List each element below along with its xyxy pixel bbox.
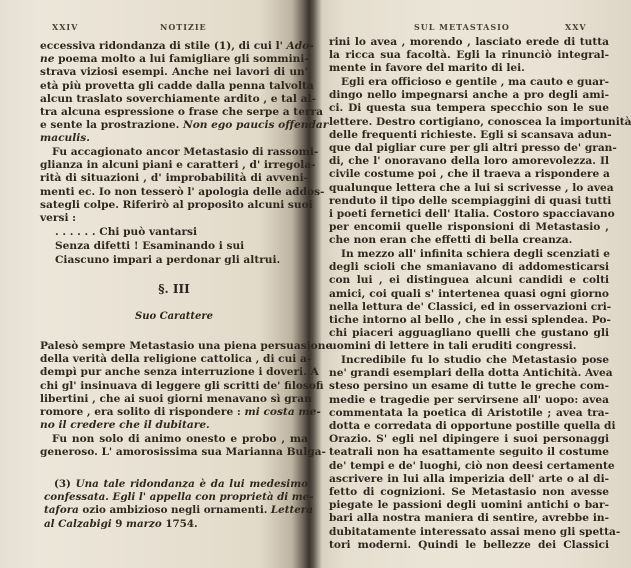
text-line: Fu non solo di animo onesto e probo , ma — [40, 433, 308, 446]
text-line: nella lettura de' Classici, ed in osserv… — [329, 301, 609, 314]
text-line: medie e tragedie per servirsene all' uop… — [329, 394, 609, 407]
text-line: versi : — [40, 212, 308, 225]
page-number: XXIV — [52, 22, 78, 36]
section-number: §. III — [0, 282, 308, 296]
text-line: fetto di cognizioni. Se Metastasio non a… — [329, 486, 609, 499]
text-line: con lui , ei distinguea alcuni candidi e… — [329, 274, 609, 287]
paragraph: Fu non solo di animo onesto e probo , ma… — [40, 433, 308, 459]
text-line: Palesò sempre Metastasio una piena persu… — [40, 340, 308, 353]
text-line: delle frequenti richieste. Egli si scans… — [329, 129, 609, 142]
text-line: per encomii quelle risponsioni di Metast… — [329, 221, 609, 234]
text-line: della verità della religione cattolica ,… — [40, 353, 308, 366]
text-line: glianza in alcuni piani e caratteri , d'… — [40, 159, 308, 172]
text-line: uomini di lettere in tali eruditi congre… — [329, 340, 609, 353]
italic-text: Lettera — [271, 504, 313, 516]
latin-quote: Non ego paucis offendar — [183, 119, 328, 131]
italic-text: Una tale ridondanza è da lui medesimo — [76, 478, 308, 490]
running-title: NOTIZIE — [160, 22, 207, 36]
text-line: di, che l' onoravano della loro amorevol… — [329, 155, 609, 168]
text-line: amici, coi quali s' intertenea quasi ogn… — [329, 288, 609, 301]
text-line: Incredibile fu lo studio che Metastasio … — [329, 354, 609, 367]
italic-text: marzo — [126, 518, 162, 530]
text-line: 1754. — [162, 518, 198, 530]
verse-line: Senza difetti ! Esaminando i sui — [55, 239, 280, 253]
left-page: XXIV NOTIZIE eccessiva ridondanza di sti… — [0, 0, 308, 568]
italic-quote: no il credere che il dubitare. — [40, 419, 210, 431]
text-line: alcun traslato soverchiamente ardito , e… — [40, 93, 308, 106]
text-line: ozio ambizioso negli ornamenti. — [79, 504, 271, 516]
right-page: SUL METASTASIO XXV rini lo avea , morend… — [312, 0, 631, 568]
book-spread: XXIV NOTIZIE eccessiva ridondanza di sti… — [0, 0, 631, 568]
text-line: rità di situazioni , d' improbabilità di… — [40, 172, 308, 185]
italic-text: ne — [40, 53, 54, 65]
text-line: mente in favore del marito di lei. — [329, 62, 609, 75]
footnote: (3) Una tale ridondanza è da lui medesim… — [44, 478, 308, 531]
text-line: ci. Di questa sua tempera specchio son l… — [329, 102, 609, 115]
paragraph: Incredibile fu lo studio che Metastasio … — [329, 354, 609, 552]
text-line: poema molto a lui famigliare gli sommini… — [54, 53, 308, 65]
text-line: tra alcuna espressione o frase che serpe… — [40, 106, 308, 119]
latin-quote: maculis. — [40, 132, 90, 144]
text-line: Fu accagionato ancor Metastasio di rasso… — [40, 146, 308, 159]
italic-text: Ado- — [287, 40, 314, 52]
italic-text: confessata. Egli l' appella con propriet… — [44, 491, 314, 503]
text-line: commentata la poetica di Aristotile ; av… — [329, 407, 609, 420]
text-line: sategli colpe. Riferirò al proposito alc… — [40, 199, 308, 212]
paragraph-continuation: rini lo avea , morendo , lasciato erede … — [329, 36, 609, 76]
text-line: romore , era solito di rispondere : — [40, 406, 245, 418]
text-line: que dal pigliar cure per gli altri press… — [329, 142, 609, 155]
text-line: de' tempi e de' luoghi, ciò non deesi ce… — [329, 460, 609, 473]
text-line: dubitatamente interessato assai meno gli… — [329, 526, 609, 539]
text-line: ne' grandi esemplari della dotta Antichi… — [329, 367, 609, 380]
verse-line: . . . . . . Chi può vantarsi — [55, 225, 280, 239]
paragraph: Egli era officioso e gentile , ma cauto … — [329, 76, 609, 248]
text-line: libertini , che ai suoi giorni menavano … — [40, 393, 308, 406]
text-line: Egli era officioso e gentile , ma cauto … — [329, 76, 609, 89]
running-title: SUL METASTASIO — [414, 22, 510, 36]
paragraph: In mezzo all' infinita schiera degli sce… — [329, 248, 609, 354]
text-line: lettere. Destro cortigiano, conoscea la … — [329, 116, 609, 129]
text-line: piegate le passioni degli uomini antichi… — [329, 499, 609, 512]
text-line: strava viziosi esempi. Anche nei lavori … — [40, 66, 308, 79]
paragraph: Palesò sempre Metastasio una piena persu… — [40, 340, 308, 432]
text-line: età più provetta gli cadde dalla penna t… — [40, 80, 308, 93]
text-line: generoso. L' amorosissima sua Marianna B… — [40, 446, 308, 459]
verse-quotation: . . . . . . Chi può vantarsi Senza difet… — [55, 225, 280, 267]
text-line: tori moderni. Quindi le bellezze dei Cla… — [329, 539, 609, 552]
italic-text: tafora — [44, 504, 79, 516]
text-line: rini lo avea , morendo , lasciato erede … — [329, 36, 609, 49]
verse-line: Ciascuno impari a perdonar gli altrui. — [55, 253, 280, 267]
paragraph-continuation: eccessiva ridondanza di stile (1), di cu… — [40, 40, 308, 146]
text-line: ascrivere in lui alla imperizia dell' ar… — [329, 473, 609, 486]
text-line: menti ec. Io non tesserò l' apologia del… — [40, 186, 308, 199]
text-line: dempì pur anche senza interruzione i dov… — [40, 366, 308, 379]
text-line: dingo nello impegnarsi anche a pro degli… — [329, 89, 609, 102]
text-line: teatrali non ha esattamente seguito il c… — [329, 446, 609, 459]
text-line: la ricca sua facoltà. Egli la rinunciò i… — [329, 49, 609, 62]
text-line: 9 — [112, 518, 126, 530]
text-line: Orazio. S' egli nel dipingere i suoi per… — [329, 433, 609, 446]
text-line: tiche intorno al bello , che in essi spl… — [329, 314, 609, 327]
text-line: eccessiva ridondanza di stile (1), di cu… — [40, 40, 287, 52]
text-line: civile costume poi , che il traeva a ris… — [329, 168, 609, 181]
text-line: chi piaceri agguagliano quelli che gusta… — [329, 327, 609, 340]
text-line: dotta e corredata di opportune postille … — [329, 420, 609, 433]
text-line: che non eran che effetti di bella creanz… — [329, 234, 609, 247]
text-line: renduto il tipo delle scempiaggini di qu… — [329, 195, 609, 208]
text-line: steso persino un esame di tutte le grech… — [329, 380, 609, 393]
section-title: Suo Carattere — [0, 311, 308, 322]
text-line: degli scioli che smaniavano di addomesti… — [329, 261, 609, 274]
footnote-marker: (3) — [54, 478, 76, 490]
page-number: XXV — [565, 22, 587, 36]
paragraph: Fu accagionato ancor Metastasio di rasso… — [40, 146, 308, 225]
text-line: qualunque lettera che a lui si scrivesse… — [329, 182, 609, 195]
text-line: e sente la prostrazione. — [40, 119, 183, 131]
text-line: bari alla nostra maniera di sentire, avr… — [329, 512, 609, 525]
text-line: chi gl' insinuava di leggere gli scritti… — [40, 380, 308, 393]
text-line: In mezzo all' infinita schiera degli sce… — [329, 248, 609, 261]
italic-quote: mi costa me- — [245, 406, 321, 418]
text-line: i poeti fernetici dell' Italia. Costoro … — [329, 208, 609, 221]
italic-text: al Calzabigi — [44, 518, 112, 530]
